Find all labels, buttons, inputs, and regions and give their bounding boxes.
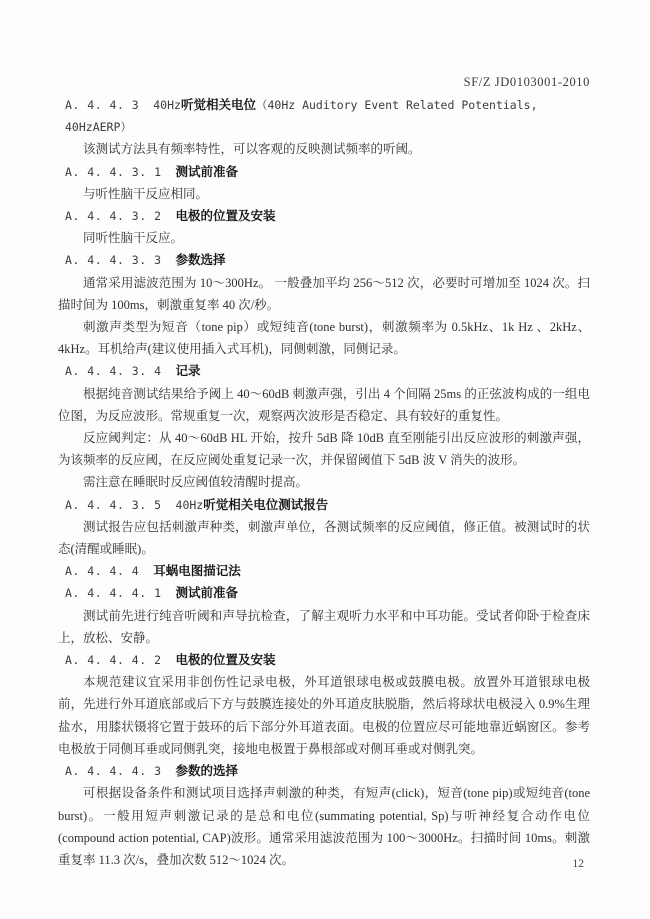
section-title: 电极的位置及安装 <box>176 653 276 667</box>
section-title: 耳蜗电图描记法 <box>153 564 241 578</box>
paragraph: 刺激声类型为短音（tone pip）或短纯音(tone burst)，刺激频率为… <box>58 316 590 360</box>
section-number: A. 4. 4. 3. 3 <box>65 253 162 267</box>
paragraph: 根据纯音测试结果给予阈上 40～60dB 刺激声强，引出 4 个间隔 25ms … <box>58 383 590 427</box>
section-heading: A. 4. 4. 4. 3参数的选择 <box>58 760 590 782</box>
section-title: 电极的位置及安装 <box>176 209 276 223</box>
paragraph: 可根据设备条件和测试项目选择声刺激的种类，有短声(click)，短音(tone … <box>58 782 590 871</box>
section-number: A. 4. 4. 3. 2 <box>65 209 162 223</box>
paragraph: 该测试方法具有频率特性，可以客观的反映测试频率的听阈。 <box>58 138 590 160</box>
paragraph: 与听性脑干反应相同。 <box>58 183 590 205</box>
paragraph: 同听性脑干反应。 <box>58 227 590 249</box>
paragraph: 反应阈判定：从 40～60dB HL 开始，按升 5dB 降 10dB 直至刚能… <box>58 427 590 471</box>
section-number: A. 4. 4. 4. 1 <box>65 586 162 600</box>
section-number: A. 4. 4. 3. 4 <box>65 364 162 378</box>
section-number: A. 4. 4. 4. 2 <box>65 653 162 667</box>
section-heading: A. 4. 4. 3. 1测试前准备 <box>58 161 590 183</box>
section-heading: A. 4. 4. 340Hz听觉相关电位（40Hz Auditory Event… <box>58 94 590 138</box>
section-number: A. 4. 4. 3 <box>65 98 139 112</box>
section-title: 参数选择 <box>176 253 226 267</box>
section-heading: A. 4. 4. 3. 4记录 <box>58 360 590 382</box>
section-title: 记录 <box>176 364 201 378</box>
section-heading: A. 4. 4. 4. 2电极的位置及安装 <box>58 649 590 671</box>
section-title: 参数的选择 <box>176 764 239 778</box>
document-body: A. 4. 4. 340Hz听觉相关电位（40Hz Auditory Event… <box>58 94 590 871</box>
section-heading: A. 4. 4. 4. 1测试前准备 <box>58 582 590 604</box>
section-heading: A. 4. 4. 3. 540Hz听觉相关电位测试报告 <box>58 494 590 516</box>
paragraph: 通常采用滤波范围为 10～300Hz。 一般叠加平均 256～512 次，必要时… <box>58 272 590 316</box>
section-title: 听觉相关电位测试报告 <box>203 498 328 512</box>
section-number: A. 4. 4. 3. 1 <box>65 165 162 179</box>
section-heading: A. 4. 4. 3. 3参数选择 <box>58 249 590 271</box>
section-number: A. 4. 4. 3. 5 <box>65 498 162 512</box>
section-title: 听觉相关电位 <box>181 98 256 112</box>
section-title: 测试前准备 <box>176 586 239 600</box>
standard-number: SF/Z JD0103001-2010 <box>464 75 590 89</box>
section-title-prefix: 40Hz <box>176 498 204 512</box>
page-number: 12 <box>573 858 585 870</box>
paragraph: 需注意在睡眠时反应阈值较清醒时提高。 <box>58 471 590 493</box>
paragraph: 本规范建议宜采用非创伤性记录电极，外耳道银球电极或鼓膜电极。放置外耳道银球电极前… <box>58 671 590 760</box>
paragraph: 测试前先进行纯音听阈和声导抗检查，了解主观听力水平和中耳功能。受试者仰卧于检查床… <box>58 605 590 649</box>
document-page: SF/Z JD0103001-2010 A. 4. 4. 340Hz听觉相关电位… <box>0 0 650 919</box>
section-heading: A. 4. 4. 4耳蜗电图描记法 <box>58 560 590 582</box>
section-number: A. 4. 4. 4 <box>65 564 139 578</box>
section-heading: A. 4. 4. 3. 2电极的位置及安装 <box>58 205 590 227</box>
paragraph: 测试报告应包括刺激声种类，刺激声单位，各测试频率的反应阈值，修正值。被测试时的状… <box>58 516 590 560</box>
section-title: 测试前准备 <box>176 165 239 179</box>
document-header: SF/Z JD0103001-2010 <box>58 75 590 90</box>
section-number: A. 4. 4. 4. 3 <box>65 764 162 778</box>
section-title-prefix: 40Hz <box>153 98 181 112</box>
